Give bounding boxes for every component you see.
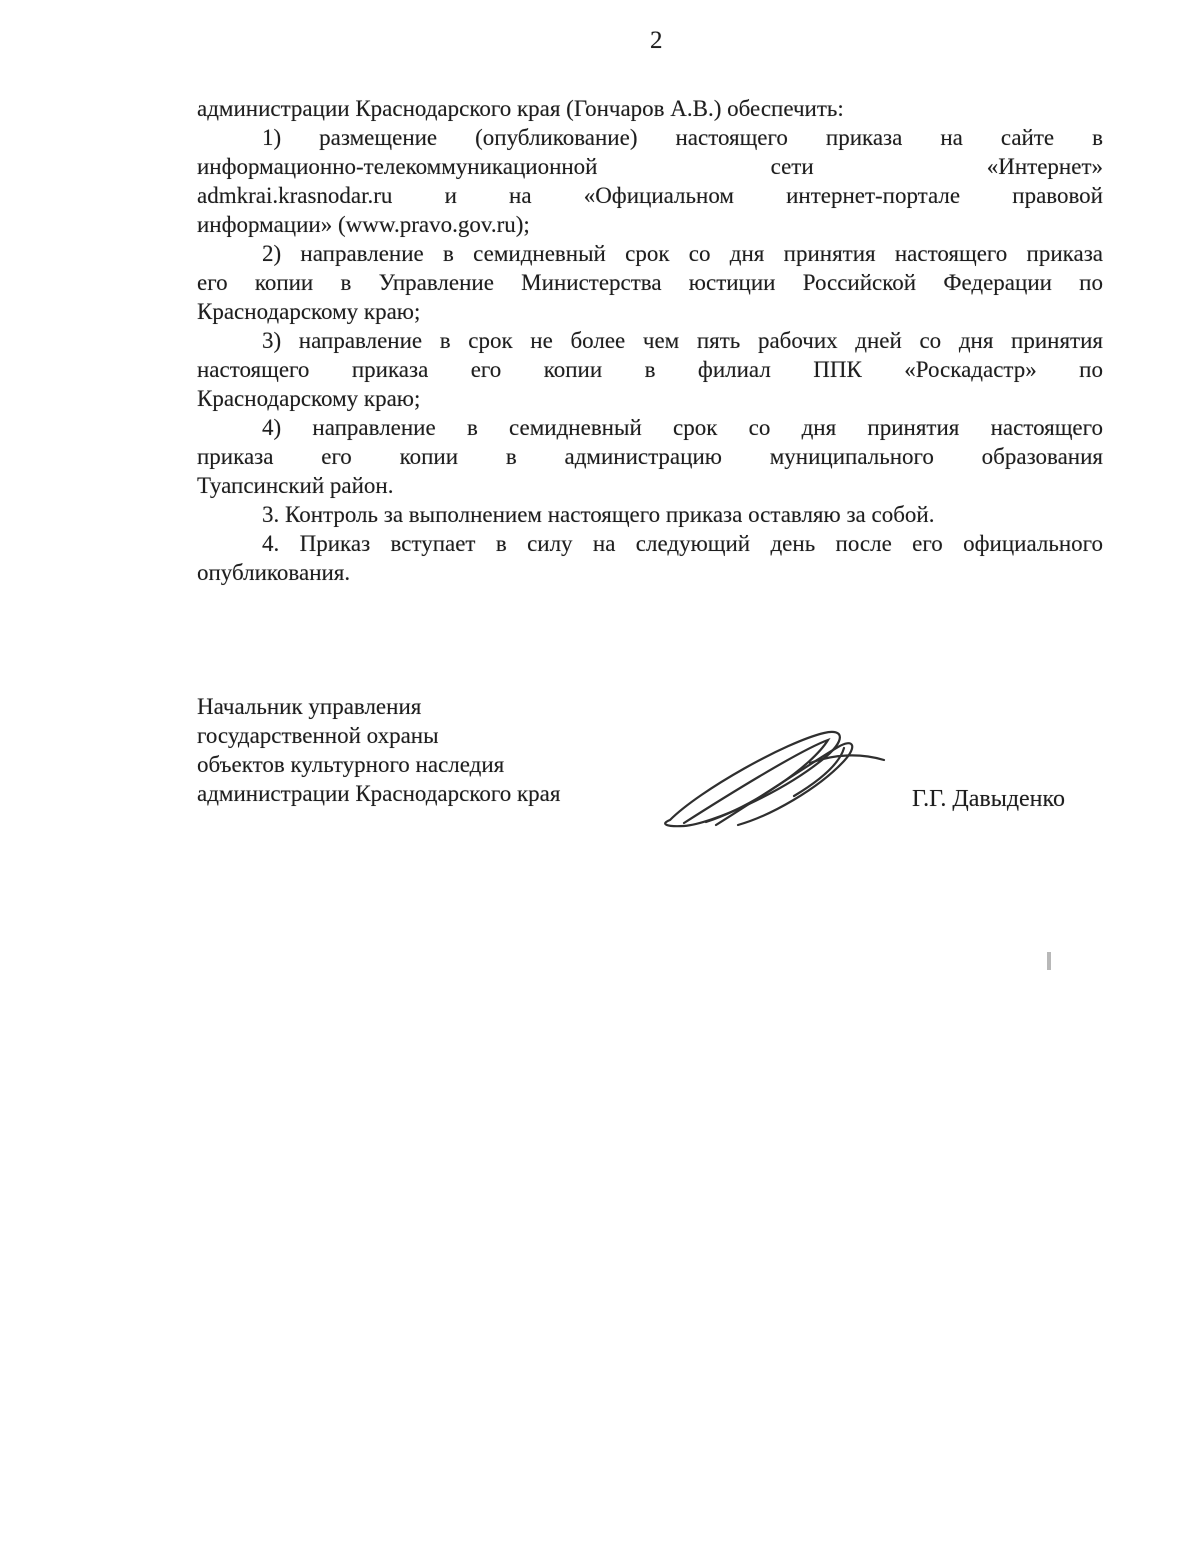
text-line: информационно-телекоммуникационной сети … xyxy=(197,152,1103,181)
text-line: администрации Краснодарского края (Гонча… xyxy=(197,94,1103,123)
document-body: администрации Краснодарского края (Гонча… xyxy=(197,94,1103,587)
text-line: admkrai.krasnodar.ru и на «Официальном и… xyxy=(197,181,1103,210)
text-line: Краснодарскому краю; xyxy=(197,384,1103,413)
text-line: 4) направление в семидневный срок со дня… xyxy=(197,413,1103,442)
text-line: 1) размещение (опубликование) настоящего… xyxy=(197,123,1103,152)
text-line: настоящего приказа его копии в филиал ПП… xyxy=(197,355,1103,384)
signature-title-line: Начальник управления xyxy=(197,692,560,721)
text-line: 3. Контроль за выполнением настоящего пр… xyxy=(197,500,1103,529)
signature-title-line: объектов культурного наследия xyxy=(197,750,560,779)
text-line: опубликования. xyxy=(197,558,1103,587)
scan-artifact-mark xyxy=(1047,952,1051,970)
scanned-document-page: 2 администрации Краснодарского края (Гон… xyxy=(0,0,1200,1553)
text-line: 2) направление в семидневный срок со дня… xyxy=(197,239,1103,268)
text-line: 4. Приказ вступает в силу на следующий д… xyxy=(197,529,1103,558)
text-line: информации» (www.pravo.gov.ru); xyxy=(197,210,1103,239)
text-line: Туапсинский район. xyxy=(197,471,1103,500)
signature-title-line: администрации Краснодарского края xyxy=(197,779,560,808)
text-line: приказа его копии в администрацию муници… xyxy=(197,442,1103,471)
page-number: 2 xyxy=(650,27,663,55)
signature-title-block: Начальник управления государственной охр… xyxy=(197,692,560,808)
signee-name: Г.Г. Давыденко xyxy=(912,786,1065,813)
text-line: Краснодарскому краю; xyxy=(197,297,1103,326)
handwritten-signature-icon xyxy=(648,716,888,836)
text-line: его копии в Управление Министерства юсти… xyxy=(197,268,1103,297)
signature-title-line: государственной охраны xyxy=(197,721,560,750)
text-line: 3) направление в срок не более чем пять … xyxy=(197,326,1103,355)
